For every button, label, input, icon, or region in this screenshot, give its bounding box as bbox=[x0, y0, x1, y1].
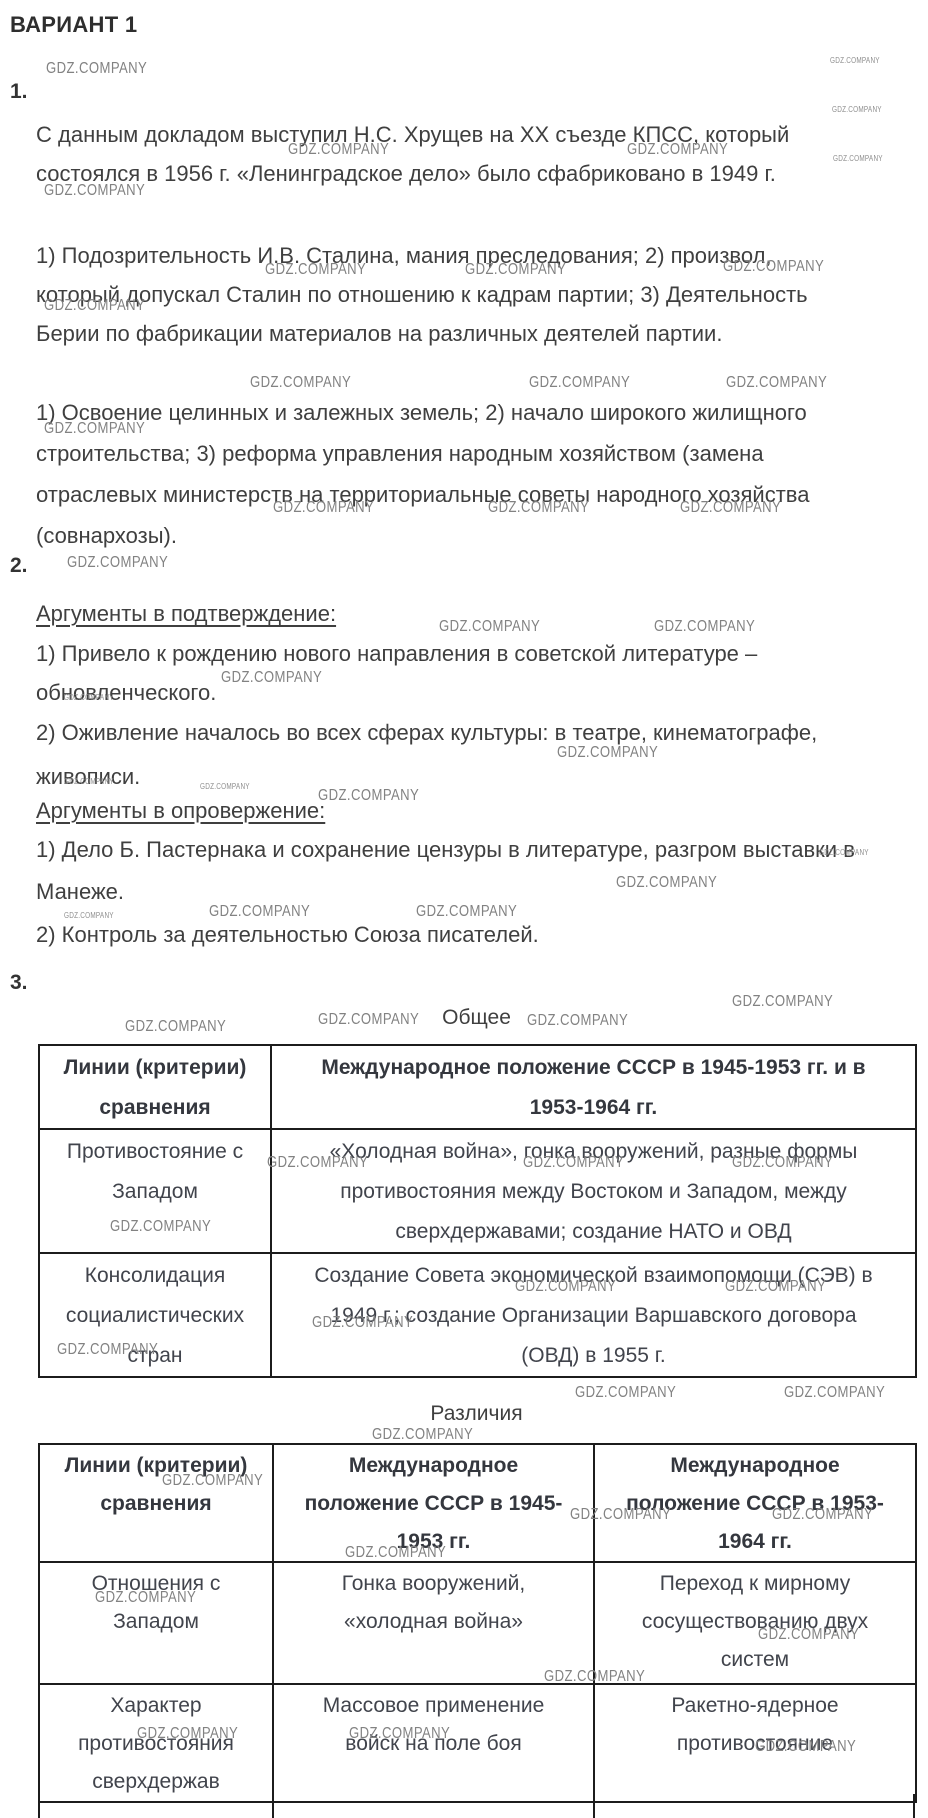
document-page: ВАРИАНТ 1 1. С данным докладом выступил … bbox=[0, 0, 928, 1818]
watermark: GDZ.COMPANY bbox=[57, 1341, 158, 1359]
watermark: GDZ.COMPANY bbox=[833, 154, 883, 163]
watermark: GDZ.COMPANY bbox=[345, 1544, 446, 1562]
table-border-stub bbox=[272, 1794, 274, 1818]
table-cell: Гонка вооружений, «холодная война» bbox=[273, 1562, 594, 1684]
watermark: GDZ.COMPANY bbox=[557, 744, 658, 762]
item-1-paragraph-3: 1) Освоение целинных и залежных земель; … bbox=[36, 392, 908, 556]
watermark: GDZ.COMPANY bbox=[732, 1154, 833, 1172]
watermark: GDZ.COMPANY bbox=[439, 618, 540, 636]
watermark: GDZ.COMPANY bbox=[110, 1218, 211, 1236]
watermark: GDZ.COMPANY bbox=[200, 782, 250, 791]
watermark: GDZ.COMPANY bbox=[318, 787, 419, 805]
watermark: GDZ.COMPANY bbox=[64, 911, 114, 920]
watermark: GDZ.COMPANY bbox=[726, 374, 827, 392]
watermark: GDZ.COMPANY bbox=[209, 903, 310, 921]
common-comparison-table: Линии (критерии) сравненияМеждународное … bbox=[38, 1044, 917, 1378]
watermark: GDZ.COMPANY bbox=[772, 1506, 873, 1524]
watermark: GDZ.COMPANY bbox=[723, 258, 824, 276]
watermark: GDZ.COMPANY bbox=[44, 420, 145, 438]
watermark: GDZ.COMPANY bbox=[273, 499, 374, 517]
watermark: GDZ.COMPANY bbox=[755, 1738, 856, 1756]
watermark: GDZ.COMPANY bbox=[544, 1668, 645, 1686]
table-header-cell: Линии (критерии) сравнения bbox=[39, 1045, 271, 1129]
table-header-cell: Линии (критерии) сравнения bbox=[39, 1444, 273, 1562]
table-header-cell: Международное положение СССР в 1945-1953… bbox=[271, 1045, 916, 1129]
item-2-number: 2. bbox=[10, 554, 28, 578]
watermark: GDZ.COMPANY bbox=[67, 554, 168, 572]
watermark: GDZ.COMPANY bbox=[515, 1278, 616, 1296]
arguments-against-heading: Аргументы в опровержение: bbox=[36, 791, 908, 830]
watermark: GDZ.COMPANY bbox=[758, 1626, 859, 1644]
arguments-support-point-1: 1) Привело к рождению нового направления… bbox=[36, 634, 908, 712]
watermark: GDZ.COMPANY bbox=[137, 1725, 238, 1743]
watermark: GDZ.COMPANY bbox=[64, 777, 114, 786]
watermark: GDZ.COMPANY bbox=[125, 1018, 226, 1036]
watermark: GDZ.COMPANY bbox=[95, 1589, 196, 1607]
watermark: GDZ.COMPANY bbox=[616, 874, 717, 892]
watermark: GDZ.COMPANY bbox=[250, 374, 351, 392]
item-1-paragraph-2: 1) Подозрительность И.В. Сталина, мания … bbox=[36, 236, 908, 353]
watermark: GDZ.COMPANY bbox=[318, 1011, 419, 1029]
watermark: GDZ.COMPANY bbox=[680, 499, 781, 517]
differences-table-title: Различия bbox=[38, 1402, 915, 1426]
watermark: GDZ.COMPANY bbox=[288, 141, 389, 159]
arguments-against-point-1: 1) Дело Б. Пастернака и сохранение цензу… bbox=[36, 829, 908, 913]
watermark: GDZ.COMPANY bbox=[529, 374, 630, 392]
watermark: GDZ.COMPANY bbox=[527, 1012, 628, 1030]
watermark: GDZ.COMPANY bbox=[46, 60, 147, 78]
item-1-paragraph-1: С данным докладом выступил Н.С. Хрущев н… bbox=[36, 115, 908, 193]
table-border-stub bbox=[913, 1794, 915, 1818]
watermark: GDZ.COMPANY bbox=[416, 903, 517, 921]
watermark: GDZ.COMPANY bbox=[312, 1314, 413, 1332]
table-border-stub bbox=[593, 1794, 595, 1818]
watermark: GDZ.COMPANY bbox=[488, 499, 589, 517]
table-cell: Массовое применение войск на поле боя bbox=[273, 1684, 594, 1802]
watermark: GDZ.COMPANY bbox=[162, 1472, 263, 1490]
table-cell: Характер противостояния сверхдержав bbox=[39, 1684, 273, 1802]
watermark: GDZ.COMPANY bbox=[575, 1384, 676, 1402]
page-title: ВАРИАНТ 1 bbox=[10, 12, 137, 38]
table-header-cell: Международное положение СССР в 1953- 196… bbox=[594, 1444, 916, 1562]
table-cell: «Холодная война», гонка вооружений, разн… bbox=[271, 1129, 916, 1253]
watermark: GDZ.COMPANY bbox=[832, 105, 882, 114]
watermark: GDZ.COMPANY bbox=[44, 182, 145, 200]
watermark: GDZ.COMPANY bbox=[44, 297, 145, 315]
watermark: GDZ.COMPANY bbox=[819, 848, 869, 857]
watermark: GDZ.COMPANY bbox=[372, 1426, 473, 1444]
watermark: GDZ.COMPANY bbox=[221, 669, 322, 687]
item-1-number: 1. bbox=[10, 80, 28, 104]
watermark: GDZ.COMPANY bbox=[64, 693, 114, 702]
table-cell: Переход к мирному сосуществованию двух с… bbox=[594, 1562, 916, 1684]
table-cell: Отношения с Западом bbox=[39, 1562, 273, 1684]
watermark: GDZ.COMPANY bbox=[784, 1384, 885, 1402]
watermark: GDZ.COMPANY bbox=[267, 1154, 368, 1172]
watermark: GDZ.COMPANY bbox=[265, 261, 366, 279]
arguments-support-point-2: 2) Оживление началось во всех сферах кул… bbox=[36, 711, 908, 799]
watermark: GDZ.COMPANY bbox=[523, 1154, 624, 1172]
table-border-stub bbox=[38, 1794, 40, 1818]
watermark: GDZ.COMPANY bbox=[732, 993, 833, 1011]
watermark: GDZ.COMPANY bbox=[465, 261, 566, 279]
watermark: GDZ.COMPANY bbox=[570, 1506, 671, 1524]
item-3-number: 3. bbox=[10, 971, 28, 995]
watermark: GDZ.COMPANY bbox=[349, 1725, 450, 1743]
watermark: GDZ.COMPANY bbox=[627, 141, 728, 159]
watermark: GDZ.COMPANY bbox=[654, 618, 755, 636]
watermark: GDZ.COMPANY bbox=[725, 1278, 826, 1296]
watermark: GDZ.COMPANY bbox=[830, 56, 880, 65]
